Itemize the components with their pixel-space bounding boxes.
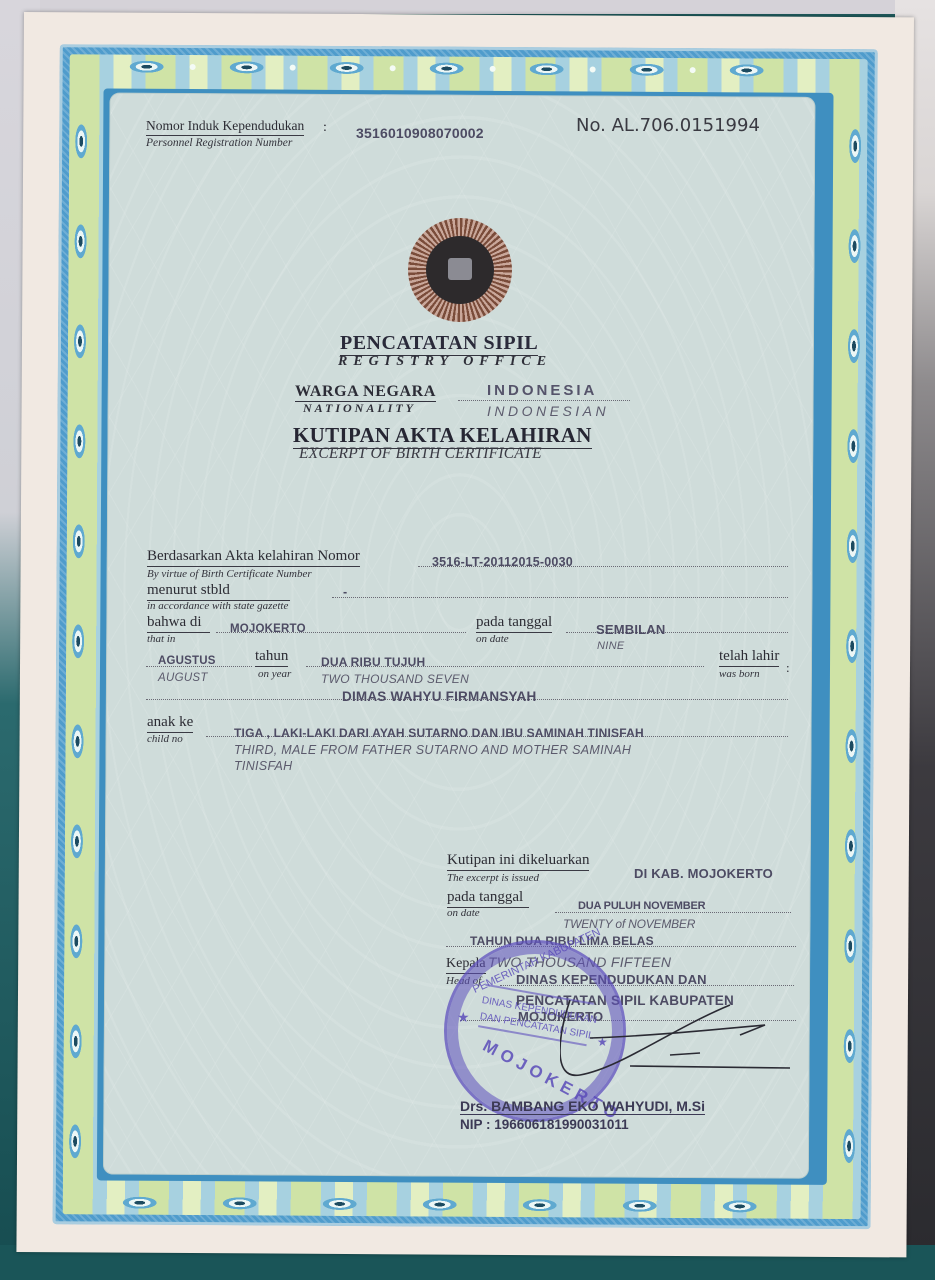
born-label-en: was born [719, 668, 760, 680]
border-motif-icon [530, 63, 564, 75]
cert-number-value: 3516-LT-20112015-0030 [432, 555, 573, 569]
child-no-value: TIGA , LAKI-LAKI DARI AYAH SUTARNO DAN I… [234, 726, 644, 740]
border-motif-icon [330, 62, 364, 74]
date-value-en: NINE [597, 640, 624, 652]
border-motif-icon [723, 1200, 757, 1212]
nik-label: Nomor Induk Kependudukan [146, 118, 304, 136]
nationality-label: WARGA NEGARA [295, 383, 436, 402]
issued-place: DI KAB. MOJOKERTO [634, 866, 773, 881]
border-motif-icon [130, 61, 164, 73]
place-label: bahwa di [147, 614, 210, 633]
issuance-date-value-en: TWENTY of NOVEMBER [563, 917, 695, 931]
border-dot-icon [390, 65, 396, 71]
stbld-value: - [343, 585, 347, 599]
child-no-value-en-2: TINISFAH [234, 759, 292, 773]
child-no-label-en: child no [147, 733, 183, 745]
born-colon: : [786, 660, 790, 676]
month-value-en: AUGUST [158, 672, 208, 684]
border-motif-icon [730, 64, 764, 76]
border-motif-icon [223, 1197, 257, 1209]
date-label: pada tanggal [476, 614, 552, 633]
issuance-date-label-en: on date [447, 907, 480, 919]
nationality-label-en: NATIONALITY [303, 401, 416, 416]
official-nip: NIP : 196606181990031011 [460, 1117, 629, 1132]
nik-label-en: Personnel Registration Number [146, 137, 292, 149]
place-value: MOJOKERTO [230, 623, 306, 635]
month-value: AGUSTUS [158, 655, 216, 667]
nik-value: 3516010908070002 [356, 125, 484, 141]
nik-colon: : [323, 120, 327, 136]
border-dot-icon [290, 65, 296, 71]
border-motif-icon [623, 1200, 657, 1212]
stbld-dotted-line [332, 597, 788, 598]
serial-number: No. AL.706.0151994 [576, 115, 760, 136]
nationality-value: INDONESIA [487, 382, 597, 399]
border-dot-icon [190, 64, 196, 70]
cert-number-label-en: By virtue of Birth Certificate Number [147, 568, 312, 580]
nationality-value-en: INDONESIAN [487, 403, 609, 419]
nationality-dotted-line [458, 400, 630, 401]
child-no-label: anak ke [147, 714, 193, 733]
child-name: DIMAS WAHYU FIRMANSYAH [342, 689, 536, 704]
child-no-value-en-1: THIRD, MALE FROM FATHER SUTARNO AND MOTH… [234, 743, 631, 757]
official-signature [560, 990, 800, 1100]
document-title-en: EXCERPT OF BIRTH CERTIFICATE [299, 445, 542, 463]
year-label-en: on year [258, 668, 291, 680]
year-label: tahun [255, 648, 288, 667]
border-motif-icon [630, 64, 664, 76]
border-dot-icon [690, 67, 696, 73]
office-title: PENCATATAN SIPIL [340, 332, 538, 356]
border-motif-icon [430, 62, 464, 74]
border-motif-icon [523, 1199, 557, 1211]
year-value: DUA RIBU TUJUH [321, 655, 425, 669]
stamp-star-icon: ★ [457, 1009, 470, 1026]
date-label-en: on date [476, 633, 509, 645]
issuance-date-label: pada tanggal [447, 889, 529, 908]
year-value-en: TWO THOUSAND SEVEN [321, 672, 469, 686]
born-label: telah lahir [719, 648, 779, 667]
office-title-en: REGISTRY OFFICE [338, 354, 552, 370]
stbld-label-en: in accordance with state gazette [147, 600, 288, 612]
garuda-emblem-icon [408, 218, 512, 322]
border-motif-icon [323, 1198, 357, 1210]
issued-label-en: The excerpt is issued [447, 872, 539, 884]
cert-number-label: Berdasarkan Akta kelahiran Nomor [147, 548, 360, 567]
border-dot-icon [590, 66, 596, 72]
issued-label: Kutipan ini dikeluarkan [447, 852, 589, 871]
issuance-date-dotted-line [555, 912, 791, 913]
border-motif-icon [230, 61, 264, 73]
issuance-date-value: DUA PULUH NOVEMBER [578, 900, 705, 912]
date-value: SEMBILAN [596, 622, 666, 637]
place-label-en: that in [147, 633, 175, 645]
border-motif-icon [123, 1197, 157, 1209]
border-motif-icon [423, 1198, 457, 1210]
border-dot-icon [490, 66, 496, 72]
stbld-label: menurut stbld [147, 582, 290, 601]
official-name: Drs. BAMBANG EKO WAHYUDI, M.Si [460, 1098, 705, 1115]
